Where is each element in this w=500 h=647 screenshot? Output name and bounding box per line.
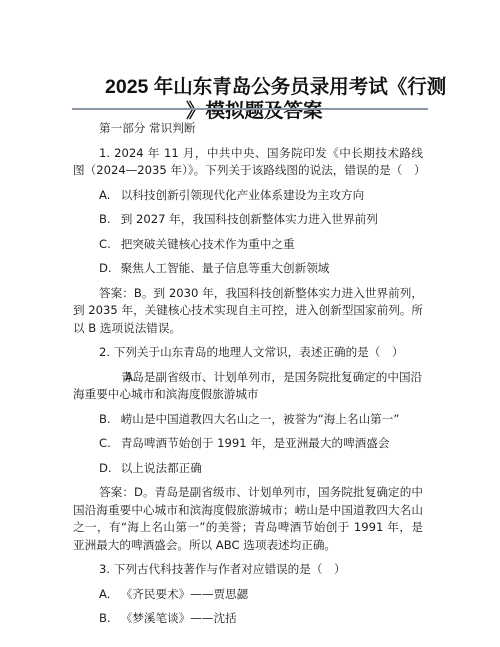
option-key: A.: [99, 187, 117, 205]
option-text: 青岛啤酒节始创于 1991 年，是亚洲最大的啤酒盛会: [121, 436, 390, 450]
title-underline-divider: [72, 108, 428, 110]
question-1-option-c: C. 把突破关键核心技术作为重中之重: [73, 236, 423, 254]
option-key: B.: [99, 411, 117, 429]
document-body: 第一部分 常识判断 1. 2024 年 11 月，中共中央、国务院印发《中长期技…: [73, 120, 423, 635]
option-key: A.: [99, 369, 117, 387]
document-title: 2025 年山东青岛公务员录用考试《行测 》模拟题及答案: [73, 75, 429, 123]
option-text: 到 2027 年，我国科技创新整体实力进入世界前列: [121, 212, 378, 226]
option-key: A.: [99, 586, 117, 604]
question-1-option-d: D. 聚焦人工智能、量子信息等重大创新领域: [73, 260, 423, 278]
question-3-option-b: B. 《梦溪笔谈》——沈括: [73, 610, 423, 628]
question-2-answer: 答案：D。青岛是副省级市、计划单列市，国务院批复确定的中国沿海重要中心城市和滨海…: [73, 484, 423, 554]
option-key: B.: [99, 211, 117, 229]
question-2-option-c: C. 青岛啤酒节始创于 1991 年，是亚洲最大的啤酒盛会: [73, 435, 423, 453]
question-1-stem: 1. 2024 年 11 月，中共中央、国务院印发《中长期技术路线图（2024—…: [73, 145, 423, 180]
option-text: 崂山是中国道教四大名山之一，被誉为“海上名山第一”: [121, 412, 400, 426]
title-line-1: 2025 年山东青岛公务员录用考试《行测: [73, 75, 429, 99]
question-1-option-a: A. 以科技创新引领现代化产业体系建设为主攻方向: [73, 187, 423, 205]
section-heading: 第一部分 常识判断: [73, 120, 423, 138]
option-text: 青岛是副省级市、计划单列市，是国务院批复确定的中国沿海重要中心城市和滨海度假旅游…: [73, 370, 422, 402]
option-text: 以上说法都正确: [121, 461, 202, 475]
question-1-option-b: B. 到 2027 年，我国科技创新整体实力进入世界前列: [73, 211, 423, 229]
question-3-option-a: A. 《齐民要术》——贾思勰: [73, 586, 423, 604]
question-1-answer: 答案：B。到 2030 年，我国科技创新整体实力进入世界前列，到 2035 年，…: [73, 285, 423, 338]
option-key: D.: [99, 260, 117, 278]
question-2-stem: 2. 下列关于山东青岛的地理人文常识，表述正确的是（ ）: [73, 344, 423, 362]
option-text: 《齐民要术》——贾思勰: [121, 587, 249, 601]
option-key: D.: [99, 460, 117, 478]
question-2-option-b: B. 崂山是中国道教四大名山之一，被誉为“海上名山第一”: [73, 411, 423, 429]
question-2-option-a: A. 青岛是副省级市、计划单列市，是国务院批复确定的中国沿海重要中心城市和滨海度…: [73, 369, 423, 404]
question-2-option-d: D. 以上说法都正确: [73, 460, 423, 478]
option-text: 《梦溪笔谈》——沈括: [121, 611, 237, 625]
question-3-stem: 3. 下列古代科技著作与作者对应错误的是（ ）: [73, 561, 423, 579]
option-key: C.: [99, 236, 117, 254]
option-text: 把突破关键核心技术作为重中之重: [121, 237, 295, 251]
option-key: C.: [99, 435, 117, 453]
option-text: 以科技创新引领现代化产业体系建设为主攻方向: [121, 188, 364, 202]
option-key: B.: [99, 610, 117, 628]
option-text: 聚焦人工智能、量子信息等重大创新领域: [121, 261, 330, 275]
